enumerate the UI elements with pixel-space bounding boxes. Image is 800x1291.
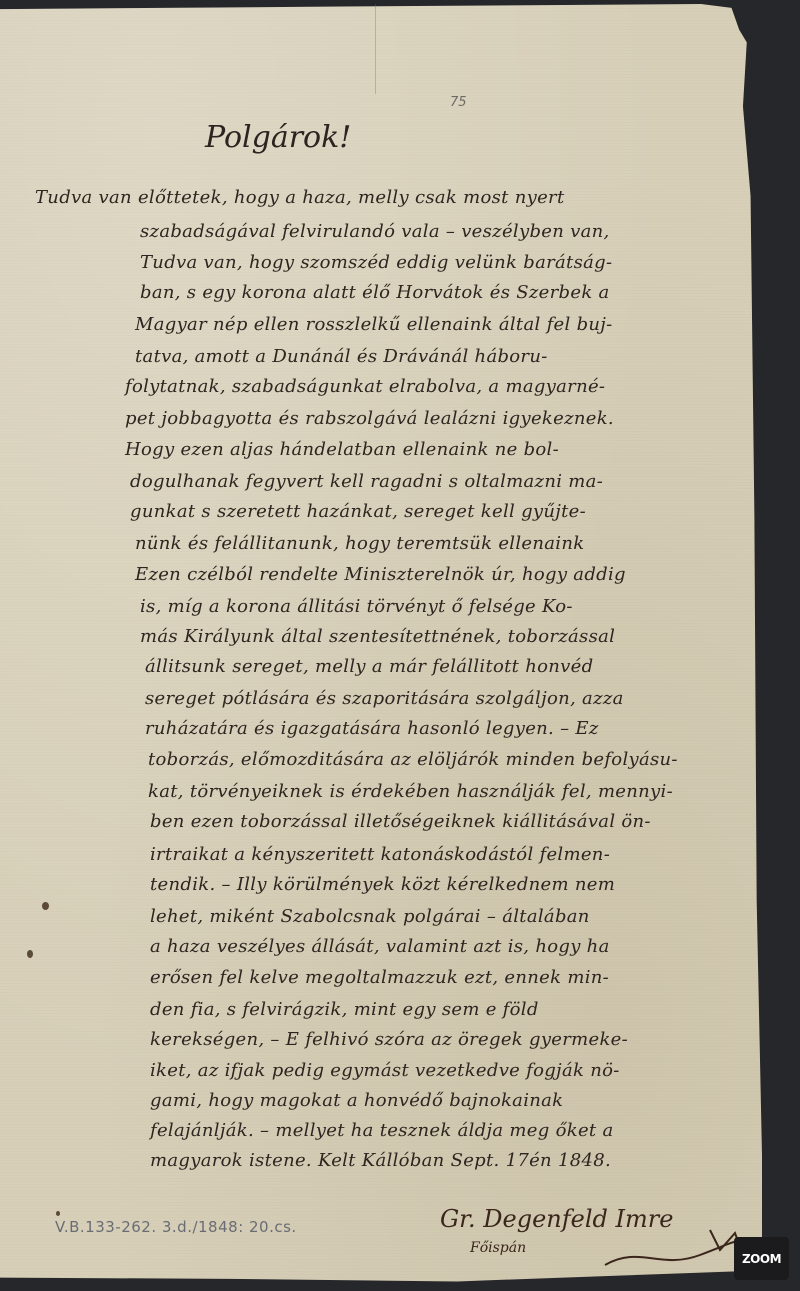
ink-spot [42, 902, 49, 910]
ink-spot [27, 950, 33, 958]
letter-line: ban, s egy korona alatt élő Horvátok és … [140, 282, 610, 303]
letter-line: Hogy ezen aljas hándelatban ellenaink ne… [125, 439, 559, 460]
letter-line: nünk és felállitanunk, hogy teremtsük el… [135, 533, 584, 554]
archive-reference: V.B.133-262. 3.d./1848: 20.cs. [55, 1218, 297, 1236]
paper-fold-line [375, 4, 376, 94]
letter-line: erősen fel kelve megoltalmazzuk ezt, enn… [150, 967, 609, 988]
letter-line: ben ezen toborzással illetőségeiknek kiá… [150, 811, 651, 832]
letter-line: iket, az ifjak pedig egymást vezetkedve … [150, 1060, 620, 1081]
letter-line: Magyar nép ellen rosszlelkű ellenaink ál… [135, 314, 613, 335]
letter-line: is, míg a korona állitási törvényt ő fel… [140, 596, 573, 617]
zoom-label: ZOOM [742, 1252, 781, 1266]
letter-line: sereget pótlására és szaporitására szolg… [145, 688, 624, 709]
letter-line: Tudva van, hogy szomszéd eddig velünk ba… [140, 252, 612, 273]
letter-line: pet jobbagyotta és rabszolgává lealázni … [125, 408, 614, 429]
letter-line: Ezen czélból rendelte Miniszterelnök úr,… [135, 564, 626, 585]
letter-line: más Királyunk által szentesítettnének, t… [140, 626, 615, 647]
letter-line: kat, törvényeiknek is érdekében használj… [148, 781, 673, 802]
letter-line: felajánlják. – mellyet ha tesznek áldja … [150, 1120, 613, 1141]
signature-title: Főispán [470, 1240, 526, 1256]
letter-line: Tudva van előttetek, hogy a haza, melly … [35, 187, 565, 208]
letter-line: den fia, s felvirágzik, mint egy sem e f… [150, 999, 539, 1020]
ink-spot [56, 1211, 60, 1216]
letter-line: ruházatára és igazgatására hasonló legye… [145, 718, 599, 739]
letter-line: dogulhanak fegyvert kell ragadni s oltal… [130, 471, 603, 492]
letter-line: toborzás, előmozditására az elöljárók mi… [148, 749, 678, 770]
zoom-watermark-badge: ZOOM [734, 1237, 789, 1280]
letter-line: kerekségen, – E felhivó szóra az öregek … [150, 1029, 628, 1050]
letter-line: irtraikat a kényszeritett katonáskodástó… [150, 844, 610, 865]
letter-line: a haza veszélyes állását, valamint azt i… [150, 936, 610, 957]
letter-line: gunkat s szeretett hazánkat, sereget kel… [130, 501, 586, 522]
letter-line: magyarok istene. Kelt Kállóban Sept. 17é… [150, 1150, 611, 1171]
letter-line: szabadságával felvirulandó vala – veszél… [140, 221, 610, 242]
letter-line: gami, hogy magokat a honvédő bajnokainak [150, 1090, 563, 1111]
letter-line: tatva, amott a Dunánál és Drávánál hábor… [135, 346, 548, 367]
salutation-heading: Polgárok! [205, 120, 351, 155]
letter-line: lehet, miként Szabolcsnak polgárai – ált… [150, 906, 590, 927]
page-number: 75 [450, 95, 467, 110]
letter-line: állitsunk sereget, melly a már felállito… [145, 656, 593, 677]
letter-line: tendik. – Illy körülmények közt kérelked… [150, 874, 615, 895]
letter-line: folytatnak, szabadságunkat elrabolva, a … [125, 376, 605, 397]
